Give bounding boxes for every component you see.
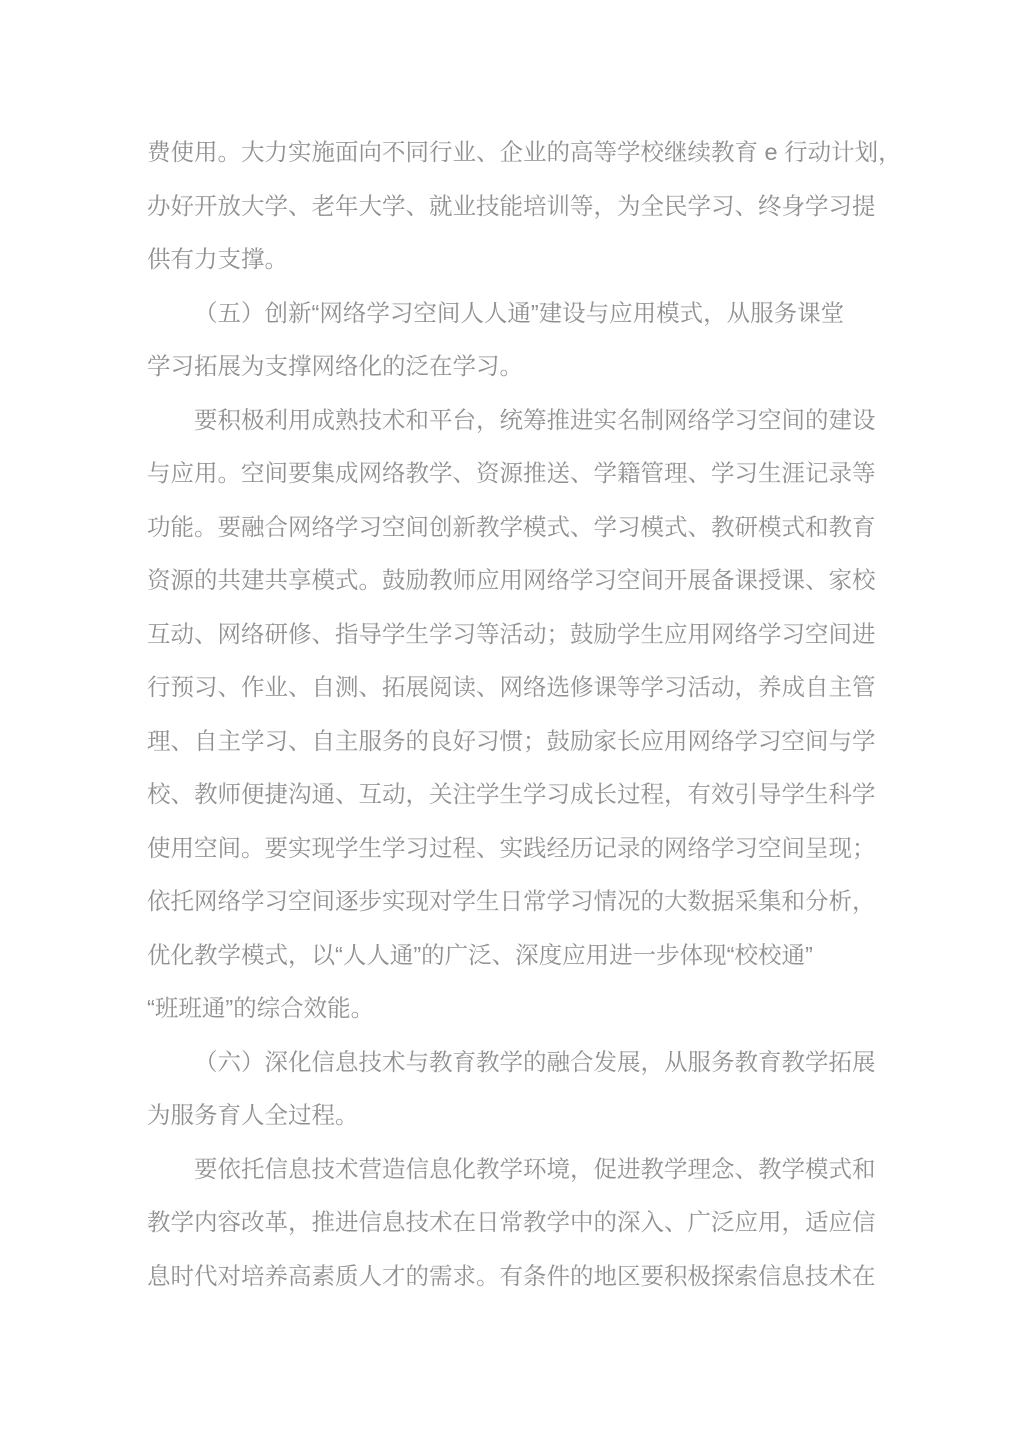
text-line: 功能。要融合网络学习空间创新教学模式、学习模式、教研模式和教育 <box>147 501 887 555</box>
text-line: 互动、网络研修、指导学生学习等活动；鼓励学生应用网络学习空间进 <box>147 608 887 662</box>
text-line-paragraph-start: （五）创新“网络学习空间人人通”建设与应用模式，从服务课堂 <box>147 287 887 341</box>
text-line: 为服务育人全过程。 <box>147 1089 887 1143</box>
text-line-paragraph-start: 要积极利用成熟技术和平台，统筹推进实名制网络学习空间的建设 <box>147 394 887 448</box>
text-line: 优化教学模式，以“人人通”的广泛、深度应用进一步体现“校校通” <box>147 929 887 983</box>
text-line: 依托网络学习空间逐步实现对学生日常学习情况的大数据采集和分析， <box>147 875 887 929</box>
text-line: 费使用。大力实施面向不同行业、企业的高等学校继续教育 e 行动计划， <box>147 126 887 180</box>
text-line: 行预习、作业、自测、拓展阅读、网络选修课等学习活动，养成自主管 <box>147 661 887 715</box>
text-line: 教学内容改革，推进信息技术在日常教学中的深入、广泛应用，适应信 <box>147 1196 887 1250</box>
text-line: 供有力支撑。 <box>147 233 887 287</box>
text-line: 使用空间。要实现学生学习过程、实践经历记录的网络学习空间呈现； <box>147 822 887 876</box>
text-line-paragraph-start: 要依托信息技术营造信息化教学环境，促进教学理念、教学模式和 <box>147 1143 887 1197</box>
document-body: 费使用。大力实施面向不同行业、企业的高等学校继续教育 e 行动计划， 办好开放大… <box>147 126 887 1303</box>
text-line: 办好开放大学、老年大学、就业技能培训等，为全民学习、终身学习提 <box>147 180 887 234</box>
text-line-paragraph-start: （六）深化信息技术与教育教学的融合发展，从服务教育教学拓展 <box>147 1036 887 1090</box>
text-line: 校、教师便捷沟通、互动，关注学生学习成长过程，有效引导学生科学 <box>147 768 887 822</box>
text-line: 资源的共建共享模式。鼓励教师应用网络学习空间开展备课授课、家校 <box>147 554 887 608</box>
text-line: 与应用。空间要集成网络教学、资源推送、学籍管理、学习生涯记录等 <box>147 447 887 501</box>
document-page: 费使用。大力实施面向不同行业、企业的高等学校继续教育 e 行动计划， 办好开放大… <box>0 0 1024 1448</box>
text-line: 学习拓展为支撑网络化的泛在学习。 <box>147 340 887 394</box>
text-line: “班班通”的综合效能。 <box>147 982 887 1036</box>
text-line: 理、自主学习、自主服务的良好习惯；鼓励家长应用网络学习空间与学 <box>147 715 887 769</box>
text-line: 息时代对培养高素质人才的需求。有条件的地区要积极探索信息技术在 <box>147 1250 887 1304</box>
